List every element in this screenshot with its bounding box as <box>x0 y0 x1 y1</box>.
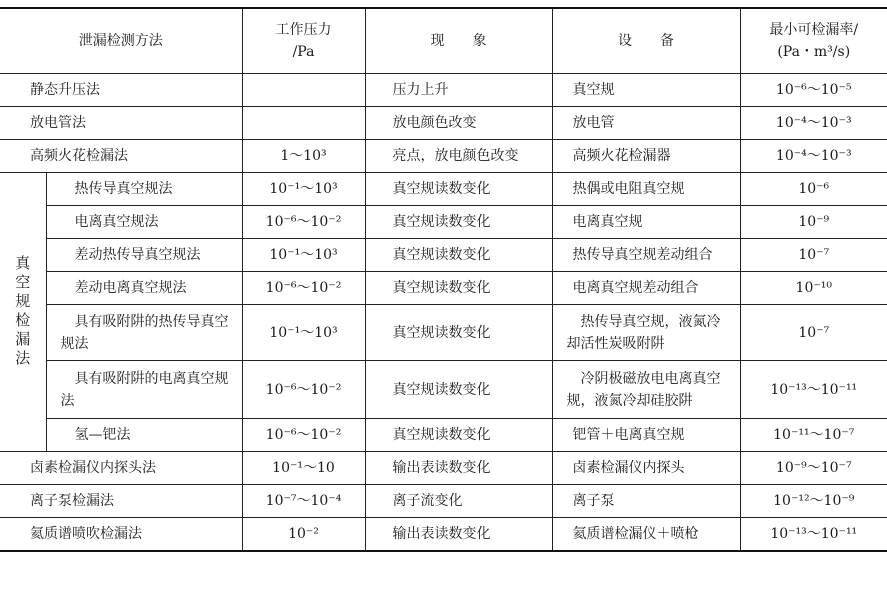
rate-cell: 10⁻¹⁰ <box>740 272 887 305</box>
phenomenon-cell: 真空规读数变化 <box>365 173 552 206</box>
table-row: 差动电离真空规法 10⁻⁶～10⁻² 真空规读数变化 电离真空规差动组合 10⁻… <box>0 272 887 305</box>
method-cell: 具有吸附阱的热传导真空规法 <box>46 305 242 361</box>
pressure-cell: 10⁻⁷～10⁻⁴ <box>242 485 365 518</box>
rate-cell: 10⁻⁹ <box>740 206 887 239</box>
rate-cell: 10⁻⁷ <box>740 305 887 361</box>
pressure-cell: 10⁻⁶～10⁻² <box>242 272 365 305</box>
rate-cell: 10⁻¹³～10⁻¹¹ <box>740 361 887 419</box>
rate-cell: 10⁻¹²～10⁻⁹ <box>740 485 887 518</box>
pressure-cell: 10⁻¹～10³ <box>242 173 365 206</box>
phenomenon-cell: 离子流变化 <box>365 485 552 518</box>
table-row: 氢—钯法 10⁻⁶～10⁻² 真空规读数变化 钯管＋电离真空规 10⁻¹¹～10… <box>0 419 887 452</box>
method-cell: 氢—钯法 <box>46 419 242 452</box>
pressure-cell: 10⁻⁶～10⁻² <box>242 361 365 419</box>
table-row: 真空规检漏法 热传导真空规法 10⁻¹～10³ 真空规读数变化 热偶或电阻真空规… <box>0 173 887 206</box>
table-row: 电离真空规法 10⁻⁶～10⁻² 真空规读数变化 电离真空规 10⁻⁹ <box>0 206 887 239</box>
header-phenomenon: 现 象 <box>365 8 552 74</box>
header-rate: 最小可检漏率/(Pa・m³/s) <box>740 8 887 74</box>
table-row: 差动热传导真空规法 10⁻¹～10³ 真空规读数变化 热传导真空规差动组合 10… <box>0 239 887 272</box>
method-cell: 高频火花检漏法 <box>0 140 242 173</box>
method-cell: 差动热传导真空规法 <box>46 239 242 272</box>
device-cell: 离子泵 <box>552 485 740 518</box>
phenomenon-cell: 输出表读数变化 <box>365 518 552 551</box>
table-row: 卤素检漏仪内探头法 10⁻¹～10 输出表读数变化 卤素检漏仪内探头 10⁻⁹～… <box>0 452 887 485</box>
phenomenon-cell: 亮点，放电颜色改变 <box>365 140 552 173</box>
phenomenon-cell: 真空规读数变化 <box>365 361 552 419</box>
device-cell: 冷阴极磁放电电离真空规，液氮冷却硅胶阱 <box>552 361 740 419</box>
pressure-cell: 10⁻¹～10³ <box>242 239 365 272</box>
device-cell: 热传导真空规差动组合 <box>552 239 740 272</box>
phenomenon-cell: 真空规读数变化 <box>365 239 552 272</box>
table-row: 具有吸附阱的热传导真空规法 10⁻¹～10³ 真空规读数变化 热传导真空规，液氮… <box>0 305 887 361</box>
device-cell: 热偶或电阻真空规 <box>552 173 740 206</box>
pressure-cell: 10⁻¹～10 <box>242 452 365 485</box>
device-cell: 钯管＋电离真空规 <box>552 419 740 452</box>
phenomenon-cell: 真空规读数变化 <box>365 419 552 452</box>
method-cell: 静态升压法 <box>0 74 242 107</box>
table-row: 具有吸附阱的电离真空规法 10⁻⁶～10⁻² 真空规读数变化 冷阴极磁放电电离真… <box>0 361 887 419</box>
table-row: 离子泵检漏法 10⁻⁷～10⁻⁴ 离子流变化 离子泵 10⁻¹²～10⁻⁹ <box>0 485 887 518</box>
device-cell: 热传导真空规，液氮冷却活性炭吸附阱 <box>552 305 740 361</box>
rate-cell: 10⁻¹¹～10⁻⁷ <box>740 419 887 452</box>
phenomenon-cell: 真空规读数变化 <box>365 272 552 305</box>
pressure-cell: 1～10³ <box>242 140 365 173</box>
method-cell: 卤素检漏仪内探头法 <box>0 452 242 485</box>
header-rate-unit: (Pa・m³/s) <box>741 41 887 63</box>
phenomenon-cell: 放电颜色改变 <box>365 107 552 140</box>
rate-cell: 10⁻⁴～10⁻³ <box>740 107 887 140</box>
header-rate-label: 最小可检漏率/ <box>741 19 887 41</box>
device-cell: 氦质谱检漏仪＋喷枪 <box>552 518 740 551</box>
header-method: 泄漏检测方法 <box>0 8 242 74</box>
table-row: 放电管法 放电颜色改变 放电管 10⁻⁴～10⁻³ <box>0 107 887 140</box>
phenomenon-cell: 真空规读数变化 <box>365 206 552 239</box>
rate-cell: 10⁻⁴～10⁻³ <box>740 140 887 173</box>
rate-cell: 10⁻⁹～10⁻⁷ <box>740 452 887 485</box>
leak-detection-table: 泄漏检测方法 工作压力/Pa 现 象 设 备 最小可检漏率/(Pa・m³/s) … <box>0 7 887 552</box>
rate-cell: 10⁻⁶～10⁻⁵ <box>740 74 887 107</box>
pressure-cell: 10⁻⁶～10⁻² <box>242 206 365 239</box>
header-pressure-unit: /Pa <box>243 41 365 63</box>
table-row: 氦质谱喷吹检漏法 10⁻² 输出表读数变化 氦质谱检漏仪＋喷枪 10⁻¹³～10… <box>0 518 887 551</box>
pressure-cell: 10⁻⁶～10⁻² <box>242 419 365 452</box>
header-device: 设 备 <box>552 8 740 74</box>
table-row: 静态升压法 压力上升 真空规 10⁻⁶～10⁻⁵ <box>0 74 887 107</box>
device-cell: 真空规 <box>552 74 740 107</box>
rate-cell: 10⁻⁶ <box>740 173 887 206</box>
phenomenon-cell: 真空规读数变化 <box>365 305 552 361</box>
device-cell: 放电管 <box>552 107 740 140</box>
device-cell: 电离真空规 <box>552 206 740 239</box>
pressure-cell <box>242 74 365 107</box>
method-cell: 离子泵检漏法 <box>0 485 242 518</box>
header-row: 泄漏检测方法 工作压力/Pa 现 象 设 备 最小可检漏率/(Pa・m³/s) <box>0 8 887 74</box>
group-label-vacuum-gauge: 真空规检漏法 <box>0 173 46 452</box>
method-cell: 热传导真空规法 <box>46 173 242 206</box>
header-pressure-label: 工作压力 <box>243 19 365 41</box>
method-cell: 放电管法 <box>0 107 242 140</box>
rate-cell: 10⁻¹³～10⁻¹¹ <box>740 518 887 551</box>
method-cell: 电离真空规法 <box>46 206 242 239</box>
rate-cell: 10⁻⁷ <box>740 239 887 272</box>
pressure-cell: 10⁻¹～10³ <box>242 305 365 361</box>
method-cell: 差动电离真空规法 <box>46 272 242 305</box>
phenomenon-cell: 输出表读数变化 <box>365 452 552 485</box>
device-cell: 电离真空规差动组合 <box>552 272 740 305</box>
table-row: 高频火花检漏法 1～10³ 亮点，放电颜色改变 高频火花检漏器 10⁻⁴～10⁻… <box>0 140 887 173</box>
pressure-cell <box>242 107 365 140</box>
device-cell: 高频火花检漏器 <box>552 140 740 173</box>
header-pressure: 工作压力/Pa <box>242 8 365 74</box>
phenomenon-cell: 压力上升 <box>365 74 552 107</box>
device-cell: 卤素检漏仪内探头 <box>552 452 740 485</box>
pressure-cell: 10⁻² <box>242 518 365 551</box>
method-cell: 具有吸附阱的电离真空规法 <box>46 361 242 419</box>
method-cell: 氦质谱喷吹检漏法 <box>0 518 242 551</box>
